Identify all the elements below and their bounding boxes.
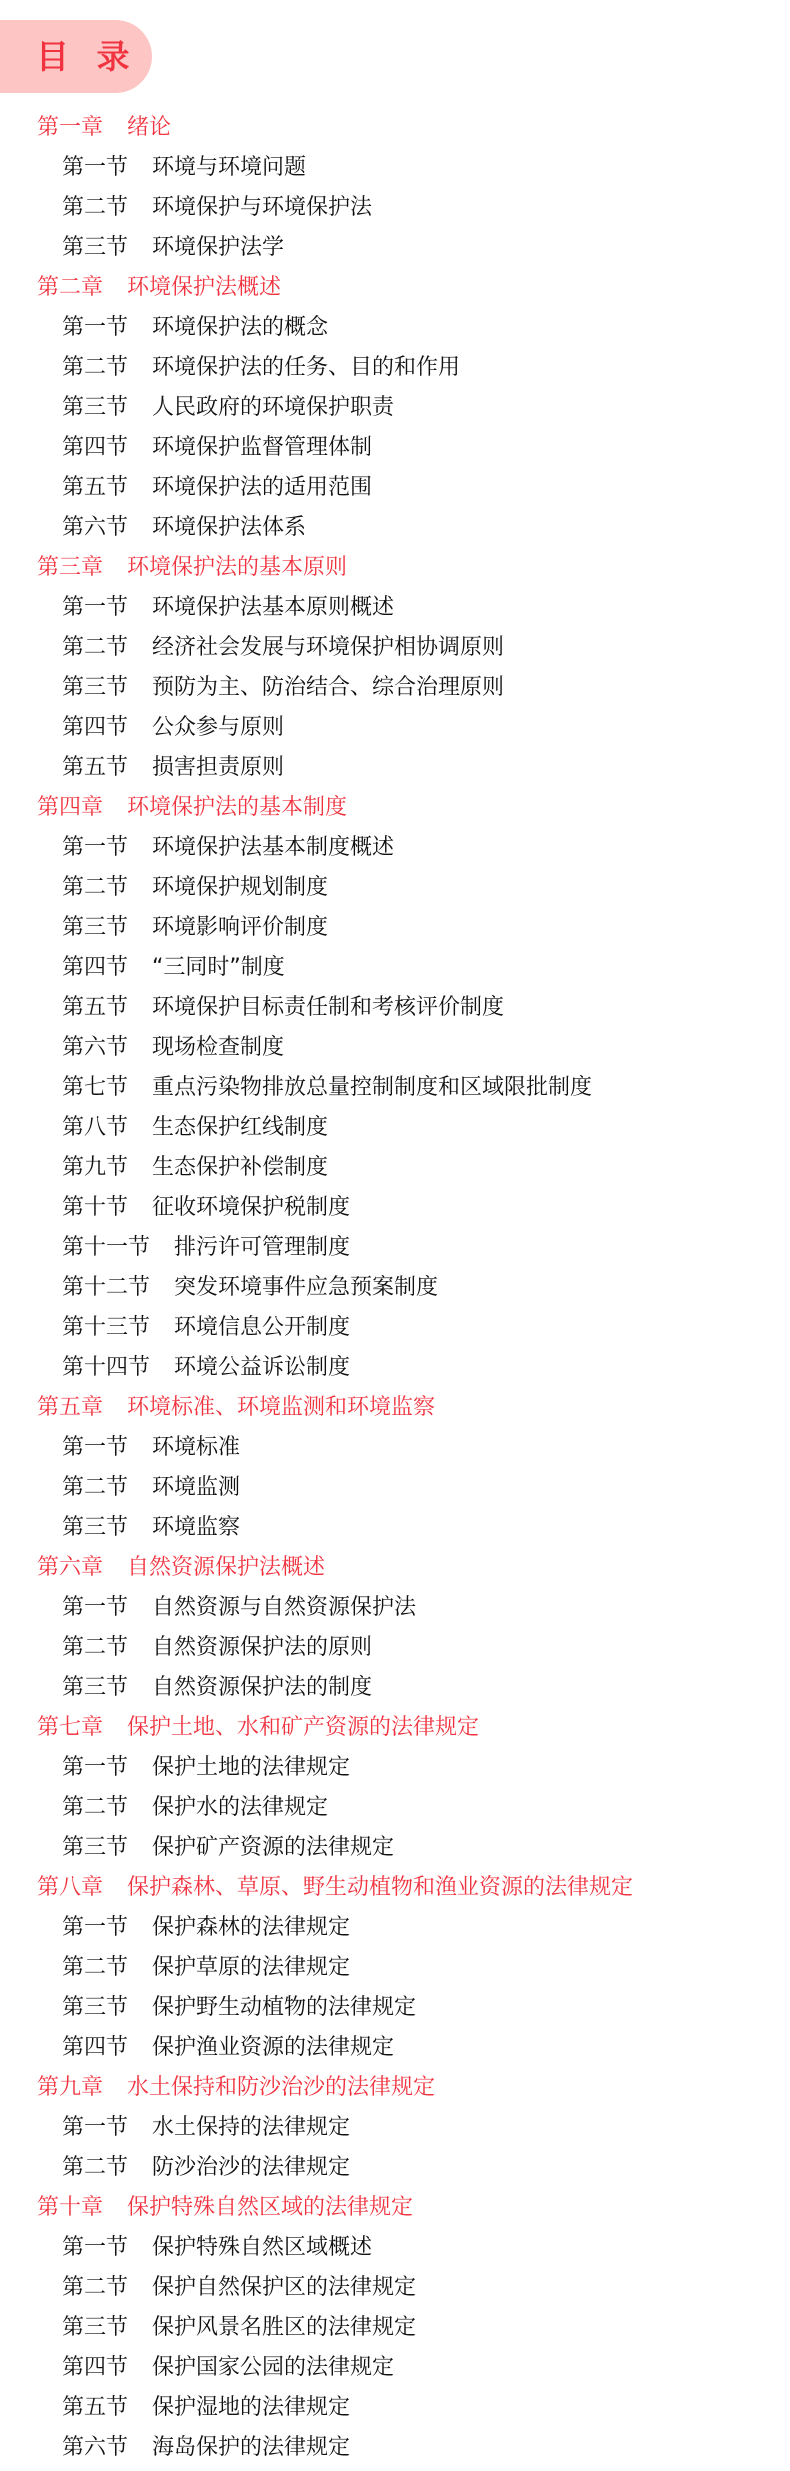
section-number: 第二节: [62, 197, 128, 219]
toc-section-link[interactable]: 第一节保护特殊自然区域概述: [0, 2228, 790, 2268]
section-title: 环境与环境问题: [152, 157, 306, 179]
toc-list: 第一章绪论 第一节环境与环境问题 第二节环境保护与环境保护法 第三节环境保护法学…: [0, 108, 790, 2468]
section-title: 征收环境保护税制度: [152, 1197, 350, 1219]
toc-section-link[interactable]: 第三节环境监察: [0, 1508, 790, 1548]
toc-section-link[interactable]: 第三节保护野生动植物的法律规定: [0, 1988, 790, 2028]
section-title: 环境保护法基本原则概述: [152, 597, 394, 619]
toc-section-link[interactable]: 第二节环境保护与环境保护法: [0, 188, 790, 228]
section-number: 第九节: [62, 1157, 128, 1179]
section-number: 第一节: [62, 597, 128, 619]
section-number: 第一节: [62, 1597, 128, 1619]
toc-section-link[interactable]: 第二节保护草原的法律规定: [0, 1948, 790, 1988]
toc-section-link[interactable]: 第二节保护自然保护区的法律规定: [0, 2268, 790, 2308]
section-number: 第三节: [62, 2317, 128, 2339]
section-title: 自然资源保护法的制度: [152, 1677, 372, 1699]
chapter-number: 第九章: [37, 2077, 103, 2099]
toc-header-pill: 目 录: [0, 20, 152, 93]
toc-section-link[interactable]: 第四节“三同时”制度: [0, 948, 790, 988]
toc-chapter-link[interactable]: 第四章环境保护法的基本制度: [0, 788, 790, 828]
section-number: 第二节: [62, 357, 128, 379]
section-title: 环境标准: [152, 1437, 240, 1459]
toc-section-link[interactable]: 第七节重点污染物排放总量控制制度和区域限批制度: [0, 1068, 790, 1108]
section-number: 第二节: [62, 877, 128, 899]
section-number: 第五节: [62, 477, 128, 499]
section-number: 第二节: [62, 2277, 128, 2299]
section-number: 第四节: [62, 2037, 128, 2059]
chapter-number: 第五章: [37, 1397, 103, 1419]
section-title: 重点污染物排放总量控制制度和区域限批制度: [152, 1077, 592, 1099]
toc-section-link[interactable]: 第一节环境保护法基本制度概述: [0, 828, 790, 868]
section-number: 第三节: [62, 1677, 128, 1699]
toc-section-link[interactable]: 第三节保护风景名胜区的法律规定: [0, 2308, 790, 2348]
section-number: 第四节: [62, 437, 128, 459]
chapter-title: 绪论: [127, 117, 171, 139]
toc-chapter-link[interactable]: 第九章水土保持和防沙治沙的法律规定: [0, 2068, 790, 2108]
toc-section-link[interactable]: 第四节公众参与原则: [0, 708, 790, 748]
section-number: 第一节: [62, 1917, 128, 1939]
section-title: 水土保持的法律规定: [152, 2117, 350, 2139]
section-title: 环境保护法的任务、目的和作用: [152, 357, 460, 379]
section-number: 第一节: [62, 317, 128, 339]
section-title: 生态保护补偿制度: [152, 1157, 328, 1179]
chapter-number: 第八章: [37, 1877, 103, 1899]
toc-section-link[interactable]: 第五节环境保护法的适用范围: [0, 468, 790, 508]
section-title: 保护水的法律规定: [152, 1797, 328, 1819]
chapter-number: 第七章: [37, 1717, 103, 1739]
toc-chapter-link[interactable]: 第三章环境保护法的基本原则: [0, 548, 790, 588]
toc-section-link[interactable]: 第一节水土保持的法律规定: [0, 2108, 790, 2148]
section-number: 第二节: [62, 1477, 128, 1499]
toc-section-link[interactable]: 第二节防沙治沙的法律规定: [0, 2148, 790, 2188]
section-title: 预防为主、防治结合、综合治理原则: [152, 677, 504, 699]
section-number: 第二节: [62, 1637, 128, 1659]
section-number: 第四节: [62, 2357, 128, 2379]
section-number: 第十四节: [62, 1357, 150, 1379]
section-title: 环境保护监督管理体制: [152, 437, 372, 459]
toc-section-link[interactable]: 第一节环境与环境问题: [0, 148, 790, 188]
section-title: 环境保护法基本制度概述: [152, 837, 394, 859]
section-number: 第六节: [62, 2437, 128, 2459]
chapter-title: 环境保护法的基本原则: [127, 557, 347, 579]
toc-section-link[interactable]: 第三节人民政府的环境保护职责: [0, 388, 790, 428]
toc-section-link[interactable]: 第八节生态保护红线制度: [0, 1108, 790, 1148]
section-number: 第三节: [62, 677, 128, 699]
section-title: 自然资源保护法的原则: [152, 1637, 372, 1659]
section-title: 保护渔业资源的法律规定: [152, 2037, 394, 2059]
section-number: 第三节: [62, 1517, 128, 1539]
toc-section-link[interactable]: 第十一节排污许可管理制度: [0, 1228, 790, 1268]
toc-section-link[interactable]: 第九节生态保护补偿制度: [0, 1148, 790, 1188]
section-title: 环境信息公开制度: [174, 1317, 350, 1339]
chapter-number: 第二章: [37, 277, 103, 299]
toc-section-link[interactable]: 第三节保护矿产资源的法律规定: [0, 1828, 790, 1868]
chapter-title: 水土保持和防沙治沙的法律规定: [127, 2077, 435, 2099]
chapter-title: 环境标准、环境监测和环境监察: [127, 1397, 435, 1419]
section-title: 保护土地的法律规定: [152, 1757, 350, 1779]
toc-section-link[interactable]: 第三节自然资源保护法的制度: [0, 1668, 790, 1708]
section-number: 第二节: [62, 2157, 128, 2179]
section-title: 环境影响评价制度: [152, 917, 328, 939]
section-title: 自然资源与自然资源保护法: [152, 1597, 416, 1619]
toc-section-link[interactable]: 第二节环境保护规划制度: [0, 868, 790, 908]
section-title: 环境保护规划制度: [152, 877, 328, 899]
toc-section-link[interactable]: 第十节征收环境保护税制度: [0, 1188, 790, 1228]
section-number: 第十二节: [62, 1277, 150, 1299]
toc-chapter-link[interactable]: 第七章保护土地、水和矿产资源的法律规定: [0, 1708, 790, 1748]
section-title: 保护野生动植物的法律规定: [152, 1997, 416, 2019]
section-title: 人民政府的环境保护职责: [152, 397, 394, 419]
section-title: 环境保护与环境保护法: [152, 197, 372, 219]
toc-section-link[interactable]: 第四节环境保护监督管理体制: [0, 428, 790, 468]
toc-section-link[interactable]: 第二节保护水的法律规定: [0, 1788, 790, 1828]
section-number: 第一节: [62, 2237, 128, 2259]
toc-section-link[interactable]: 第五节损害担责原则: [0, 748, 790, 788]
section-title: 环境监察: [152, 1517, 240, 1539]
section-number: 第一节: [62, 2117, 128, 2139]
chapter-number: 第六章: [37, 1557, 103, 1579]
toc-section-link[interactable]: 第六节现场检查制度: [0, 1028, 790, 1068]
section-title: “三同时”制度: [152, 957, 285, 979]
section-title: 保护特殊自然区域概述: [152, 2237, 372, 2259]
section-number: 第一节: [62, 837, 128, 859]
section-number: 第三节: [62, 1997, 128, 2019]
section-number: 第三节: [62, 917, 128, 939]
toc-chapter-link[interactable]: 第十章保护特殊自然区域的法律规定: [0, 2188, 790, 2228]
section-title: 保护风景名胜区的法律规定: [152, 2317, 416, 2339]
toc-section-link[interactable]: 第五节环境保护目标责任制和考核评价制度: [0, 988, 790, 1028]
section-title: 环境保护目标责任制和考核评价制度: [152, 997, 504, 1019]
toc-chapter-link[interactable]: 第二章环境保护法概述: [0, 268, 790, 308]
section-number: 第二节: [62, 637, 128, 659]
chapter-title: 环境保护法概述: [127, 277, 281, 299]
toc-section-link[interactable]: 第一节环境标准: [0, 1428, 790, 1468]
section-number: 第十一节: [62, 1237, 150, 1259]
chapter-number: 第十章: [37, 2197, 103, 2219]
section-title: 环境监测: [152, 1477, 240, 1499]
section-number: 第三节: [62, 237, 128, 259]
toc-chapter-link[interactable]: 第五章环境标准、环境监测和环境监察: [0, 1388, 790, 1428]
section-title: 保护国家公园的法律规定: [152, 2357, 394, 2379]
toc-section-link[interactable]: 第十四节环境公益诉讼制度: [0, 1348, 790, 1388]
section-number: 第四节: [62, 717, 128, 739]
chapter-title: 保护森林、草原、野生动植物和渔业资源的法律规定: [127, 1877, 633, 1899]
section-number: 第七节: [62, 1077, 128, 1099]
chapter-number: 第四章: [37, 797, 103, 819]
toc-section-link[interactable]: 第二节自然资源保护法的原则: [0, 1628, 790, 1668]
section-title: 经济社会发展与环境保护相协调原则: [152, 637, 504, 659]
section-title: 环境保护法学: [152, 237, 284, 259]
toc-section-link[interactable]: 第十三节环境信息公开制度: [0, 1308, 790, 1348]
toc-title: 目 录: [36, 40, 138, 73]
section-number: 第三节: [62, 1837, 128, 1859]
toc-section-link[interactable]: 第四节保护国家公园的法律规定: [0, 2348, 790, 2388]
toc-section-link[interactable]: 第二节环境监测: [0, 1468, 790, 1508]
toc-section-link[interactable]: 第二节环境保护法的任务、目的和作用: [0, 348, 790, 388]
section-number: 第二节: [62, 1797, 128, 1819]
toc-section-link[interactable]: 第六节海岛保护的法律规定: [0, 2428, 790, 2468]
section-title: 环境保护法体系: [152, 517, 306, 539]
section-title: 突发环境事件应急预案制度: [174, 1277, 438, 1299]
toc-section-link[interactable]: 第一节保护土地的法律规定: [0, 1748, 790, 1788]
toc-section-link[interactable]: 第三节环境保护法学: [0, 228, 790, 268]
chapter-title: 保护特殊自然区域的法律规定: [127, 2197, 413, 2219]
chapter-title: 自然资源保护法概述: [127, 1557, 325, 1579]
toc-section-link[interactable]: 第五节保护湿地的法律规定: [0, 2388, 790, 2428]
section-title: 防沙治沙的法律规定: [152, 2157, 350, 2179]
section-number: 第三节: [62, 397, 128, 419]
section-title: 现场检查制度: [152, 1037, 284, 1059]
section-number: 第六节: [62, 517, 128, 539]
toc-section-link[interactable]: 第一节自然资源与自然资源保护法: [0, 1588, 790, 1628]
chapter-title: 环境保护法的基本制度: [127, 797, 347, 819]
section-number: 第八节: [62, 1117, 128, 1139]
section-number: 第一节: [62, 1437, 128, 1459]
toc-section-link[interactable]: 第一节环境保护法基本原则概述: [0, 588, 790, 628]
section-number: 第四节: [62, 957, 128, 979]
section-number: 第五节: [62, 997, 128, 1019]
section-number: 第十三节: [62, 1317, 150, 1339]
toc-chapter-link[interactable]: 第八章保护森林、草原、野生动植物和渔业资源的法律规定: [0, 1868, 790, 1908]
toc-section-link[interactable]: 第三节预防为主、防治结合、综合治理原则: [0, 668, 790, 708]
section-title: 损害担责原则: [152, 757, 284, 779]
toc-section-link[interactable]: 第一节保护森林的法律规定: [0, 1908, 790, 1948]
section-title: 公众参与原则: [152, 717, 284, 739]
section-number: 第一节: [62, 1757, 128, 1779]
section-title: 保护森林的法律规定: [152, 1917, 350, 1939]
toc-section-link[interactable]: 第四节保护渔业资源的法律规定: [0, 2028, 790, 2068]
section-title: 保护草原的法律规定: [152, 1957, 350, 1979]
section-title: 生态保护红线制度: [152, 1117, 328, 1139]
section-title: 保护自然保护区的法律规定: [152, 2277, 416, 2299]
section-title: 海岛保护的法律规定: [152, 2437, 350, 2459]
section-title: 环境保护法的适用范围: [152, 477, 372, 499]
toc-section-link[interactable]: 第一节环境保护法的概念: [0, 308, 790, 348]
toc-chapter-link[interactable]: 第六章自然资源保护法概述: [0, 1548, 790, 1588]
section-number: 第六节: [62, 1037, 128, 1059]
toc-section-link[interactable]: 第十二节突发环境事件应急预案制度: [0, 1268, 790, 1308]
section-title: 排污许可管理制度: [174, 1237, 350, 1259]
section-number: 第一节: [62, 157, 128, 179]
section-number: 第五节: [62, 2397, 128, 2419]
chapter-number: 第三章: [37, 557, 103, 579]
toc-section-link[interactable]: 第三节环境影响评价制度: [0, 908, 790, 948]
toc-chapter-link[interactable]: 第一章绪论: [0, 108, 790, 148]
chapter-number: 第一章: [37, 117, 103, 139]
section-number: 第二节: [62, 1957, 128, 1979]
section-title: 保护矿产资源的法律规定: [152, 1837, 394, 1859]
toc-section-link[interactable]: 第六节环境保护法体系: [0, 508, 790, 548]
section-title: 环境保护法的概念: [152, 317, 328, 339]
toc-section-link[interactable]: 第二节经济社会发展与环境保护相协调原则: [0, 628, 790, 668]
section-number: 第十节: [62, 1197, 128, 1219]
chapter-title: 保护土地、水和矿产资源的法律规定: [127, 1717, 479, 1739]
section-title: 保护湿地的法律规定: [152, 2397, 350, 2419]
section-number: 第五节: [62, 757, 128, 779]
section-title: 环境公益诉讼制度: [174, 1357, 350, 1379]
